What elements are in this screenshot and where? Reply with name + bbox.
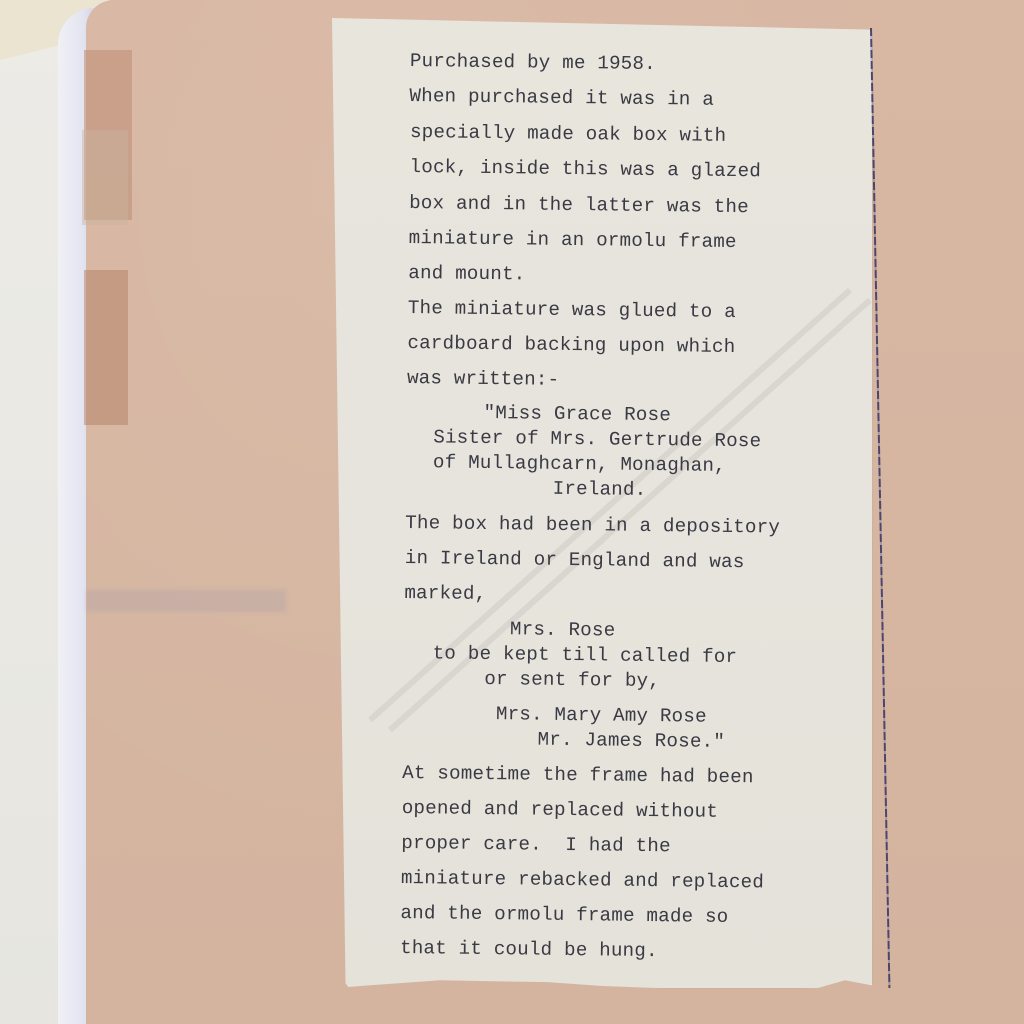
text-line: The miniature was glued to a [408, 299, 736, 322]
text-line: lock, inside this was a glazed [409, 158, 761, 181]
text-line: that it could be hung. [400, 939, 658, 961]
text-line: marked, [404, 584, 486, 604]
text-line: Purchased by me 1958. [410, 52, 656, 74]
fold-shadow [86, 590, 286, 612]
text-line: proper care. I had the [401, 834, 671, 856]
tape-strip-middle [82, 130, 128, 225]
text-line: cardboard backing upon which [407, 334, 735, 357]
text-line: The box had been in a depository [405, 514, 780, 538]
text-line: opened and replaced without [402, 799, 719, 822]
text-line: was written:- [407, 369, 560, 390]
text-line: and the ormolu frame made so [400, 904, 728, 927]
text-line: or sent for by, [484, 670, 660, 691]
text-line: in Ireland or England and was [405, 549, 745, 572]
text-line: box and in the latter was the [409, 194, 749, 217]
text-line: At sometime the frame had been [402, 764, 754, 787]
text-line: to be kept till called for [433, 644, 738, 667]
text-line: miniature in an ormolu frame [409, 229, 737, 252]
text-line: When purchased it was in a [409, 87, 714, 110]
text-line: Mrs. Mary Amy Rose [496, 705, 707, 727]
tape-strip-lower [84, 270, 128, 425]
text-line: Ireland. [553, 480, 647, 500]
photo-scene: Purchased by me 1958. When purchased it … [0, 0, 1024, 1024]
text-line: miniature rebacked and replaced [401, 869, 764, 893]
text-line: and mount. [408, 264, 525, 285]
text-line: specially made oak box with [410, 123, 727, 146]
text-line: Mr. James Rose." [537, 731, 725, 752]
text-line: of Mullaghcarn, Monaghan, [433, 453, 726, 476]
text-line: Mrs. Rose [510, 620, 616, 640]
text-line: Sister of Mrs. Gertrude Rose [433, 428, 761, 451]
text-line: "Miss Grace Rose [483, 404, 671, 425]
